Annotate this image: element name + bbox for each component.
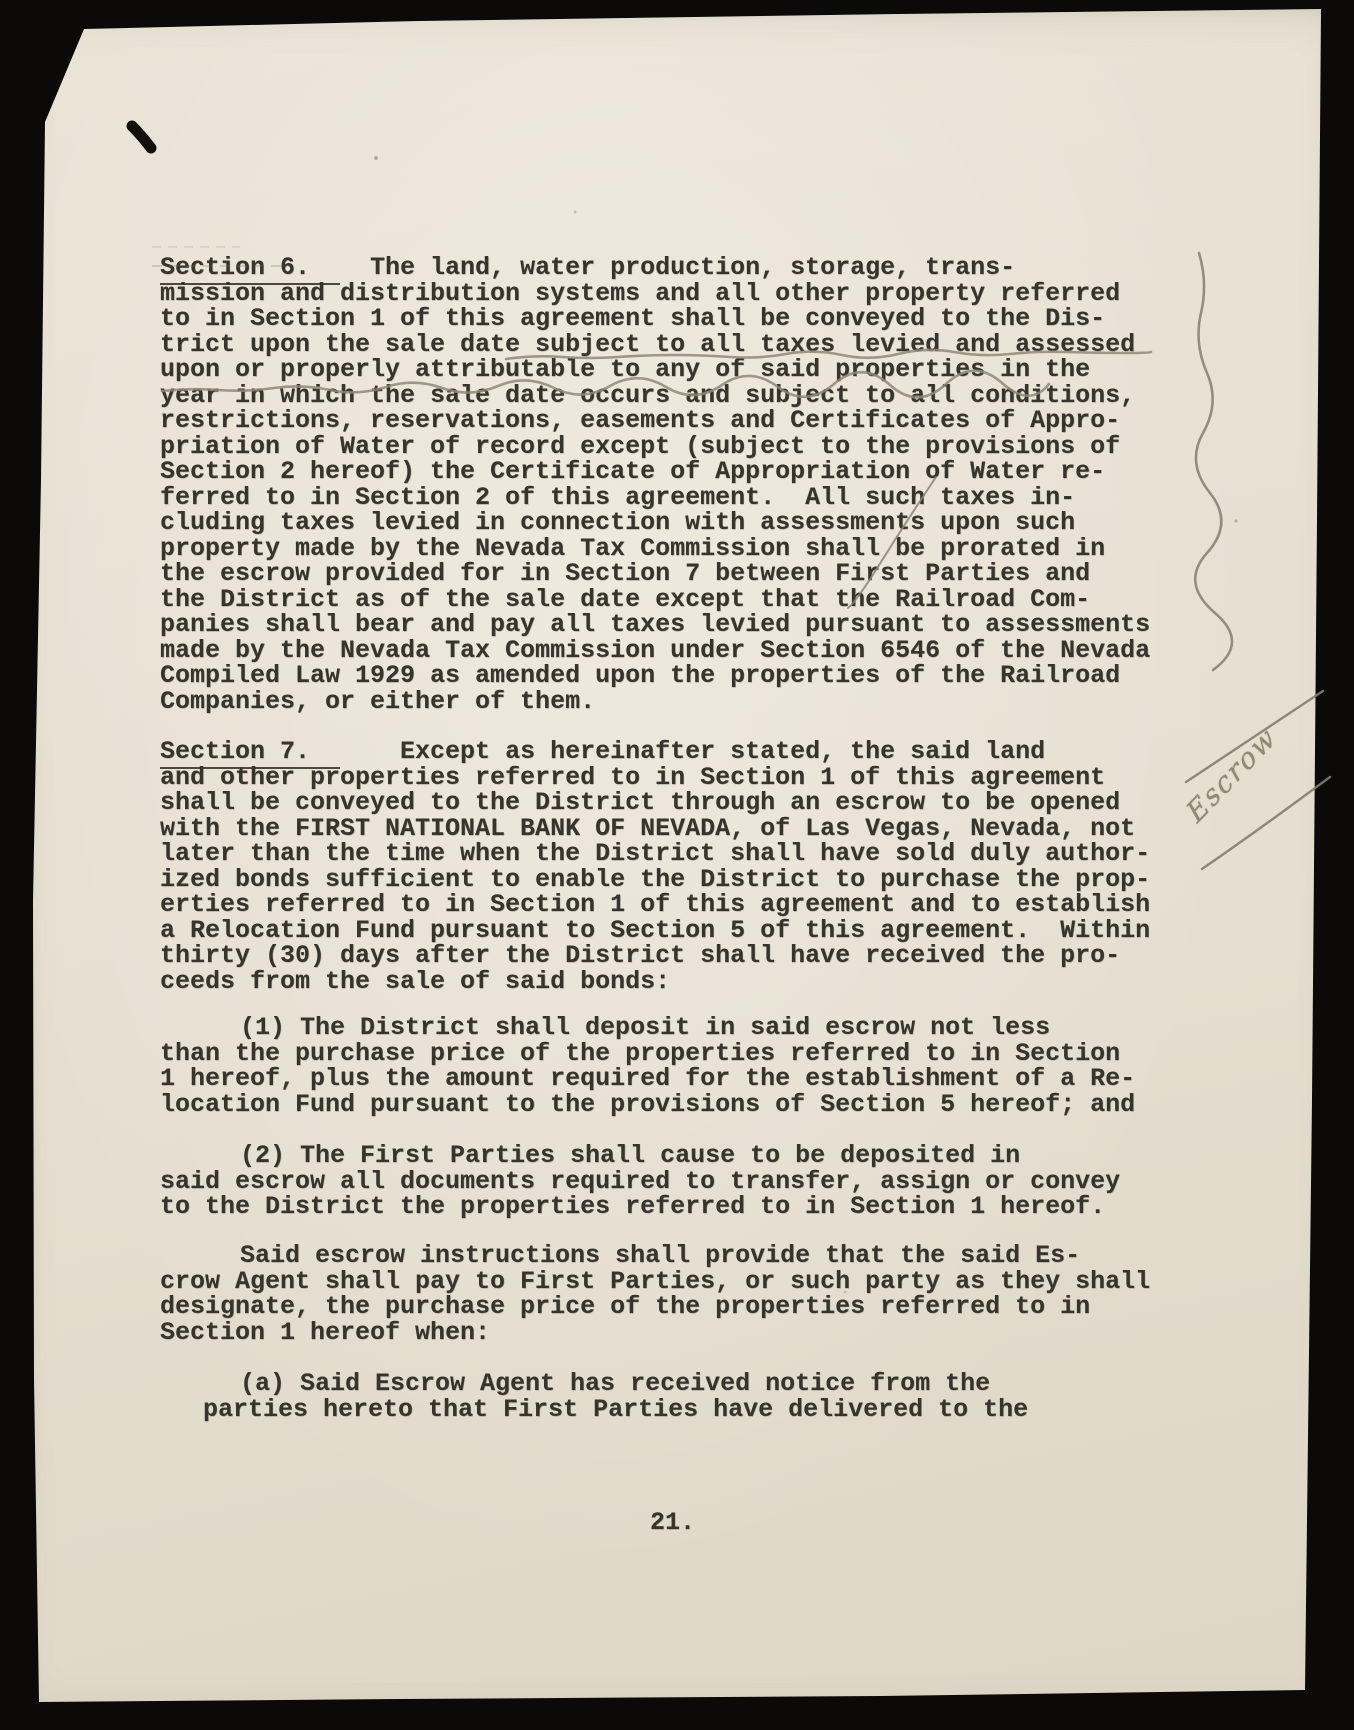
- text-line: crow Agent shall pay to First Parties, o…: [160, 1269, 1200, 1295]
- text-line: to the District the properties referred …: [160, 1194, 1200, 1220]
- text-line: Section 1 hereof when:: [160, 1320, 1200, 1346]
- text-line: and other properties referred to in Sect…: [160, 765, 1200, 791]
- text-line: ized bonds sufficient to enable the Dist…: [160, 867, 1200, 893]
- text-line: year in which the sale date occurs and s…: [160, 383, 1200, 409]
- text-line: upon or properly attributable to any of …: [160, 357, 1200, 383]
- text-line: a Relocation Fund pursuant to Section 5 …: [160, 918, 1200, 944]
- text-line: ferred to in Section 2 of this agreement…: [160, 485, 1200, 511]
- section-7-first-line-rest: Except as hereinafter stated, the said l…: [310, 737, 1045, 766]
- text-line: Companies, or either of them.: [160, 689, 1200, 715]
- text-line: shall be conveyed to the District throug…: [160, 790, 1200, 816]
- text-line: property made by the Nevada Tax Commissi…: [160, 536, 1200, 562]
- paragraph-section-7: Section 7. Except as hereinafter stated,…: [160, 739, 1200, 994]
- text-line: panies shall bear and pay all taxes levi…: [160, 612, 1200, 638]
- text-line: Section 2 hereof) the Certificate of App…: [160, 459, 1200, 485]
- text-line: (1) The District shall deposit in said e…: [160, 1015, 1200, 1041]
- text-line: location Fund pursuant to the provisions…: [160, 1092, 1200, 1118]
- text-line: to in Section 1 of this agreement shall …: [160, 306, 1200, 332]
- text-line: restrictions, reservations, easements an…: [160, 408, 1200, 434]
- paragraph-section-6: Section 6. The land, water production, s…: [160, 255, 1200, 714]
- text-line: the District as of the sale date except …: [160, 587, 1200, 613]
- section-6-first-line-rest: The land, water production, storage, tra…: [310, 253, 1015, 282]
- text-line: (2) The First Parties shall cause to be …: [160, 1143, 1200, 1169]
- text-line: cluding taxes levied in connection with …: [160, 510, 1200, 536]
- text-line: than the purchase price of the propertie…: [160, 1041, 1200, 1067]
- text-line: made by the Nevada Tax Commission under …: [160, 638, 1200, 664]
- text-line: Said escrow instructions shall provide t…: [160, 1243, 1200, 1269]
- text-line: ceeds from the sale of said bonds:: [160, 969, 1200, 995]
- text-line: (a) Said Escrow Agent has received notic…: [160, 1371, 1200, 1397]
- paragraph-escrow-instructions: Said escrow instructions shall provide t…: [160, 1243, 1200, 1345]
- text-line: trict upon the sale date subject to all …: [160, 332, 1200, 358]
- text-line: Compiled Law 1929 as amended upon the pr…: [160, 663, 1200, 689]
- text-line: later than the time when the District sh…: [160, 841, 1200, 867]
- text-line: parties hereto that First Parties have d…: [160, 1397, 1200, 1423]
- text-line: priation of Water of record except (subj…: [160, 434, 1200, 460]
- text-line: erties referred to in Section 1 of this …: [160, 892, 1200, 918]
- text-line: mission and distribution systems and all…: [160, 281, 1200, 307]
- scan-background: Section 6. The land, water production, s…: [0, 0, 1354, 1730]
- paragraph-item-2: (2) The First Parties shall cause to be …: [160, 1143, 1200, 1220]
- text-line: the escrow provided for in Section 7 bet…: [160, 561, 1200, 587]
- text-line: said escrow all documents required to tr…: [160, 1169, 1200, 1195]
- text-line: designate, the purchase price of the pro…: [160, 1294, 1200, 1320]
- text-line: thirty (30) days after the District shal…: [160, 943, 1200, 969]
- page-number: 21.: [650, 1508, 695, 1537]
- paragraph-item-1: (1) The District shall deposit in said e…: [160, 1015, 1200, 1117]
- paragraph-item-a: (a) Said Escrow Agent has received notic…: [160, 1371, 1200, 1422]
- text-line: 1 hereof, plus the amount required for t…: [160, 1066, 1200, 1092]
- text-line: with the FIRST NATIONAL BANK OF NEVADA, …: [160, 816, 1200, 842]
